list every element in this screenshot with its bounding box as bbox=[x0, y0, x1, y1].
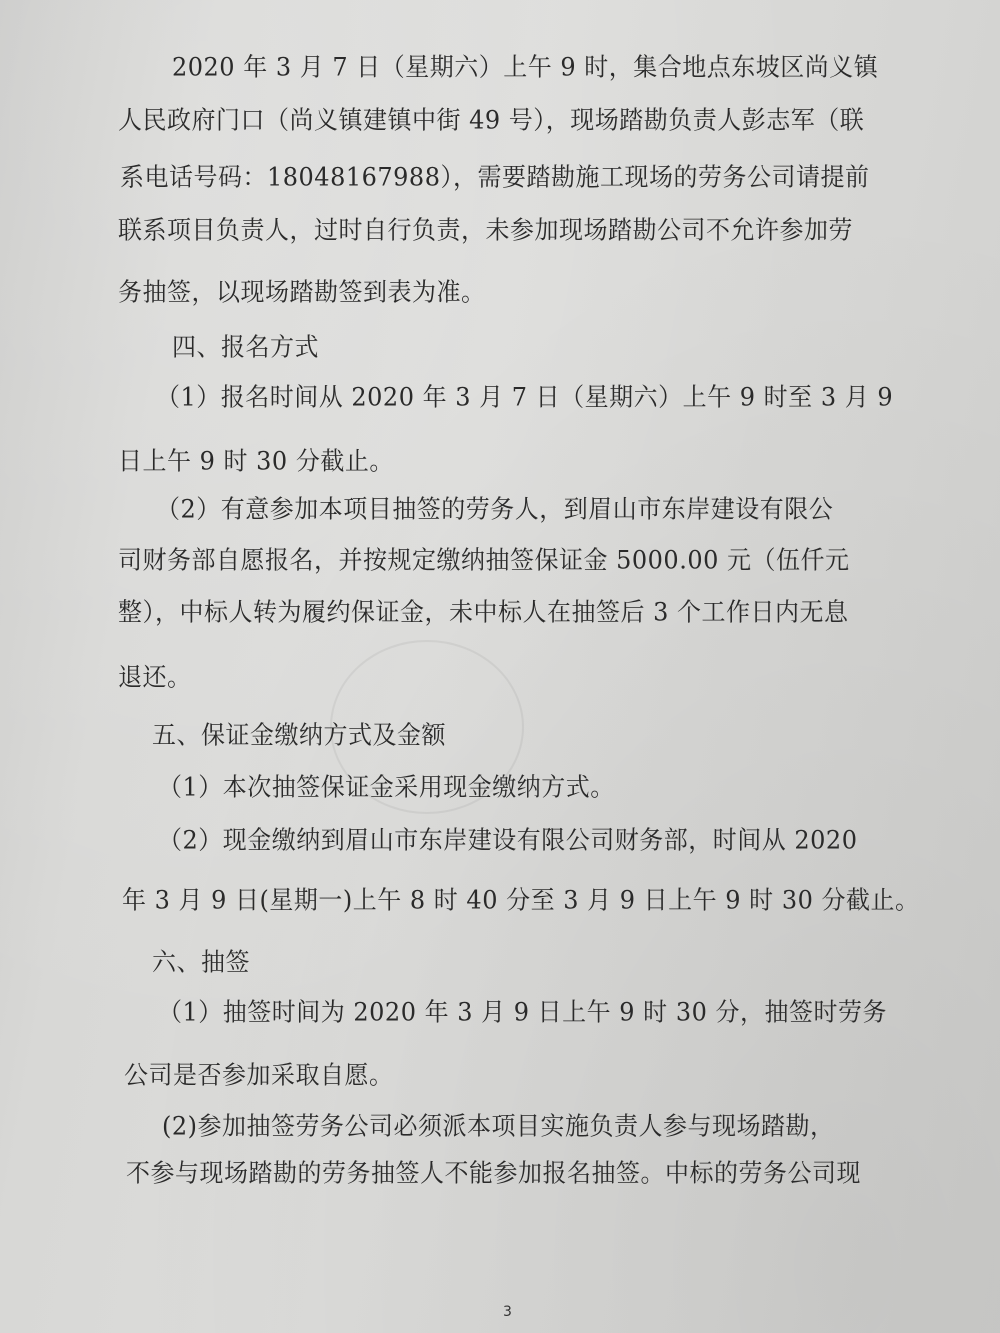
page-number: 3 bbox=[503, 1304, 512, 1320]
paragraph-line: 日上午 9 时 30 分截止。 bbox=[118, 445, 394, 477]
paragraph-line: 公司是否参加采取自愿。 bbox=[124, 1059, 394, 1091]
section-heading: 五、保证金缴纳方式及金额 bbox=[152, 719, 446, 751]
paragraph-line: 人民政府门口（尚义镇建镇中街 49 号），现场踏勘负责人彭志军（联 bbox=[118, 104, 864, 136]
paragraph-line: （1）抽签时间为 2020 年 3 月 9 日上午 9 时 30 分，抽签时劳务 bbox=[158, 996, 887, 1028]
paragraph-line: 联系项目负责人，过时自行负责，未参加现场踏勘公司不允许参加劳 bbox=[118, 214, 853, 246]
paragraph-line: (2)参加抽签劳务公司必须派本项目实施负责人参与现场踏勘， bbox=[162, 1110, 835, 1142]
paragraph-line: 务抽签，以现场踏勘签到表为准。 bbox=[118, 276, 486, 308]
section-heading: 六、抽签 bbox=[152, 946, 250, 978]
paragraph-line: 2020 年 3 月 7 日（星期六）上午 9 时，集合地点东坡区尚义镇 bbox=[172, 51, 878, 83]
paragraph-line: 司财务部自愿报名，并按规定缴纳抽签保证金 5000.00 元（伍仟元 bbox=[118, 544, 850, 576]
paragraph-line: （1）本次抽签保证金采用现金缴纳方式。 bbox=[158, 771, 615, 803]
paragraph-line: （1）报名时间从 2020 年 3 月 7 日（星期六）上午 9 时至 3 月 … bbox=[156, 381, 893, 413]
paragraph-line: 年 3 月 9 日(星期一)上午 8 时 40 分至 3 月 9 日上午 9 时… bbox=[122, 884, 919, 916]
paragraph-line: 不参与现场踏勘的劳务抽签人不能参加报名抽签。中标的劳务公司现 bbox=[126, 1157, 861, 1189]
paragraph-line: 退还。 bbox=[118, 661, 192, 693]
paragraph-line: （2）有意参加本项目抽签的劳务人，到眉山市东岸建设有限公 bbox=[156, 493, 833, 525]
paragraph-line: 系电话号码：18048167988），需要踏勘施工现场的劳务公司请提前 bbox=[120, 161, 869, 193]
section-heading: 四、报名方式 bbox=[172, 331, 319, 363]
paragraph-line: （2）现金缴纳到眉山市东岸建设有限公司财务部，时间从 2020 bbox=[158, 824, 857, 856]
paragraph-line: 整），中标人转为履约保证金，未中标人在抽签后 3 个工作日内无息 bbox=[118, 596, 849, 628]
